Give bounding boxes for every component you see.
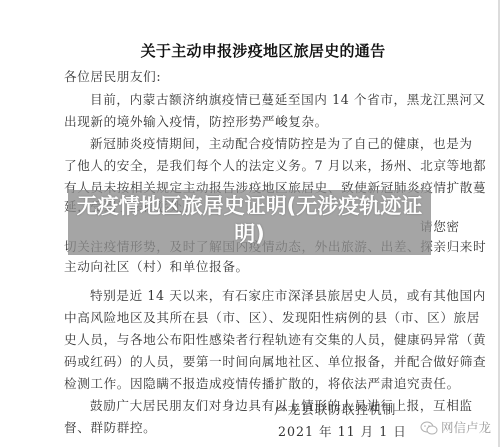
paragraph-line: 检测工作。因隐瞒不报造成疫情传播扩散的，将依法严肃追究责任。 xyxy=(64,373,460,392)
paragraph-line: 了他人的安全，是我们每个人的法定义务。7 月以来，扬州、北京等地都 xyxy=(64,155,486,174)
paragraph-line: 特别是近 14 天以来，有石家庄市深泽县旅居史人员，或有其他国内 xyxy=(90,285,486,304)
paragraph-line: 中高风险地区及其所在县（市、区）、发现阳性病例的县（市、区）旅居 xyxy=(64,307,480,326)
paragraph-line: 码或红码）的人员，要第一时间向属地社区、单位报备，并配合做好筛查 xyxy=(64,351,486,370)
paragraph-line: 目前，内蒙古额济纳旗疫情已蔓延至国内 14 个省市，黑龙江黑河又 xyxy=(90,89,486,108)
headline-text: 无疫情地区旅居史证明(无涉疫轨迹证明) xyxy=(68,192,431,248)
wechat-icon xyxy=(420,421,438,435)
date-text: 2021 年 11 月 1 日 xyxy=(278,424,407,439)
paragraph-line: 史人员，与各地公布阳性感染者行程轨迹有交集的人员，健康码异常（黄 xyxy=(64,329,486,348)
paragraph-line: 督、群防群控。 xyxy=(64,417,156,436)
signature-text: 卢龙县联防联控机制 xyxy=(274,402,396,417)
headline-banner: 无疫情地区旅居史证明(无涉疫轨迹证明) xyxy=(68,190,431,255)
paragraph-line: 主动向社区（村）和单位报备。 xyxy=(64,256,249,275)
notice-title: 关于主动申报涉疫地区旅居史的通告 xyxy=(64,40,462,61)
source-watermark: 网信卢龙 xyxy=(420,418,491,436)
issuer-signature: 卢龙县联防联控机制 xyxy=(274,399,396,418)
salutation: 各位居民朋友们: xyxy=(64,66,161,85)
watermark-label: 网信卢龙 xyxy=(441,420,491,435)
paragraph-line: 新冠肺炎疫情期间，主动配合疫情防控是为了自己的健康，也是为 xyxy=(90,133,473,152)
paragraph-line: 出现新的境外输入疫情，防控形势严峻复杂。 xyxy=(64,111,328,130)
issue-date: 2021 年 11 月 1 日 xyxy=(278,421,407,440)
